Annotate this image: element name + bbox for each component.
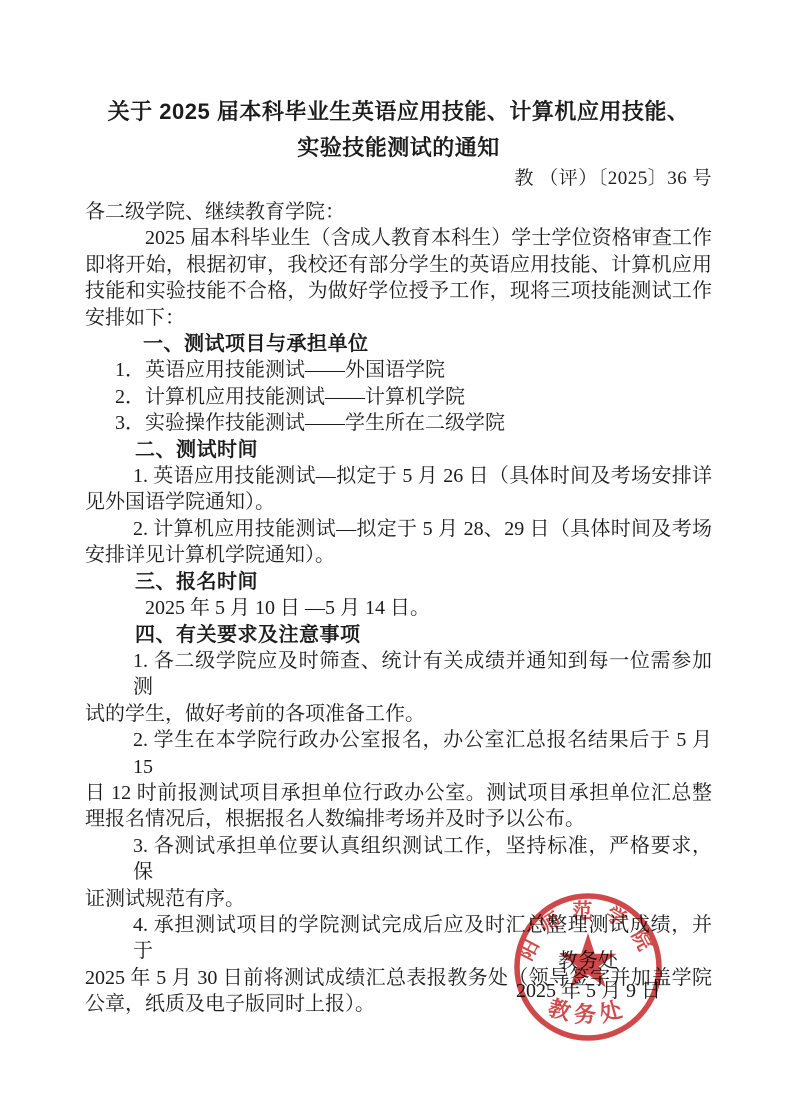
body-line: 试的学生，做好考前的各项准备工作。 (85, 701, 712, 727)
body-line: 1. 各二级学院应及时筛查、统计有关成绩并通知到每一位需参加测 (85, 648, 712, 701)
body-line: 安排详见计算机学院通知）。 (85, 542, 712, 568)
list-item: 1．英语应用技能测试——外国语学院 (85, 357, 712, 383)
section-heading-4: 四、有关要求及注意事项 (85, 622, 712, 648)
body-line: 2025 年 5 月 10 日 —5 月 14 日。 (85, 595, 712, 621)
body-line: 技能和实验技能不合格，为做好学位授予工作，现将三项技能测试工作 (85, 278, 712, 304)
document-content: 关于 2025 届本科毕业生英语应用技能、计算机应用技能、 实验技能测试的通知 … (85, 94, 712, 1018)
salutation: 各二级学院、继续教育学院： (85, 199, 712, 225)
stamp-center-text: 教务处 (546, 995, 631, 1027)
body-line: 2. 计算机应用技能测试—拟定于 5 月 28、29 日（具体时间及考场 (85, 516, 712, 542)
section-heading-2: 二、测试时间 (85, 437, 712, 463)
list-item: 3．实验操作技能测试——学生所在二级学院 (85, 410, 712, 436)
body-line: 安排如下： (85, 305, 712, 331)
body-line: 即将开始，根据初审，我校还有部分学生的英语应用技能、计算机应用 (85, 252, 712, 278)
list-item: 2．计算机应用技能测试——计算机学院 (85, 384, 712, 410)
document-number: 教 （评）〔2025〕36 号 (85, 166, 712, 192)
document-title-line2: 实验技能测试的通知 (85, 130, 712, 166)
section-heading-1: 一、测试项目与承担单位 (85, 331, 712, 357)
body-line: 1. 英语应用技能测试—拟定于 5 月 26 日（具体时间及考场安排详 (85, 463, 712, 489)
body-line: 2. 学生在本学院行政办公室报名，办公室汇总报名结果后于 5 月 15 (85, 727, 712, 780)
document-title-line1: 关于 2025 届本科毕业生英语应用技能、计算机应用技能、 (85, 94, 712, 130)
document-page: 关于 2025 届本科毕业生英语应用技能、计算机应用技能、 实验技能测试的通知 … (0, 0, 793, 1120)
stamp-star-icon (559, 933, 616, 987)
body-line: 3. 各测试承担单位要认真组织测试工作，坚持标准，严格要求，保 (85, 833, 712, 886)
body-line: 2025 届本科毕业生（含成人教育本科生）学士学位资格审查工作 (85, 225, 712, 251)
official-seal-stamp: 阳师范学院 教务处 (512, 891, 664, 1043)
body-line: 见外国语学院通知）。 (85, 489, 712, 515)
body-line: 日 12 时前报测试项目承担单位行政办公室。测试项目承担单位汇总整 (85, 780, 712, 806)
section-heading-3: 三、报名时间 (85, 569, 712, 595)
body-line: 理报名情况后，根据报名人数编排考场并及时予以公布。 (85, 806, 712, 832)
